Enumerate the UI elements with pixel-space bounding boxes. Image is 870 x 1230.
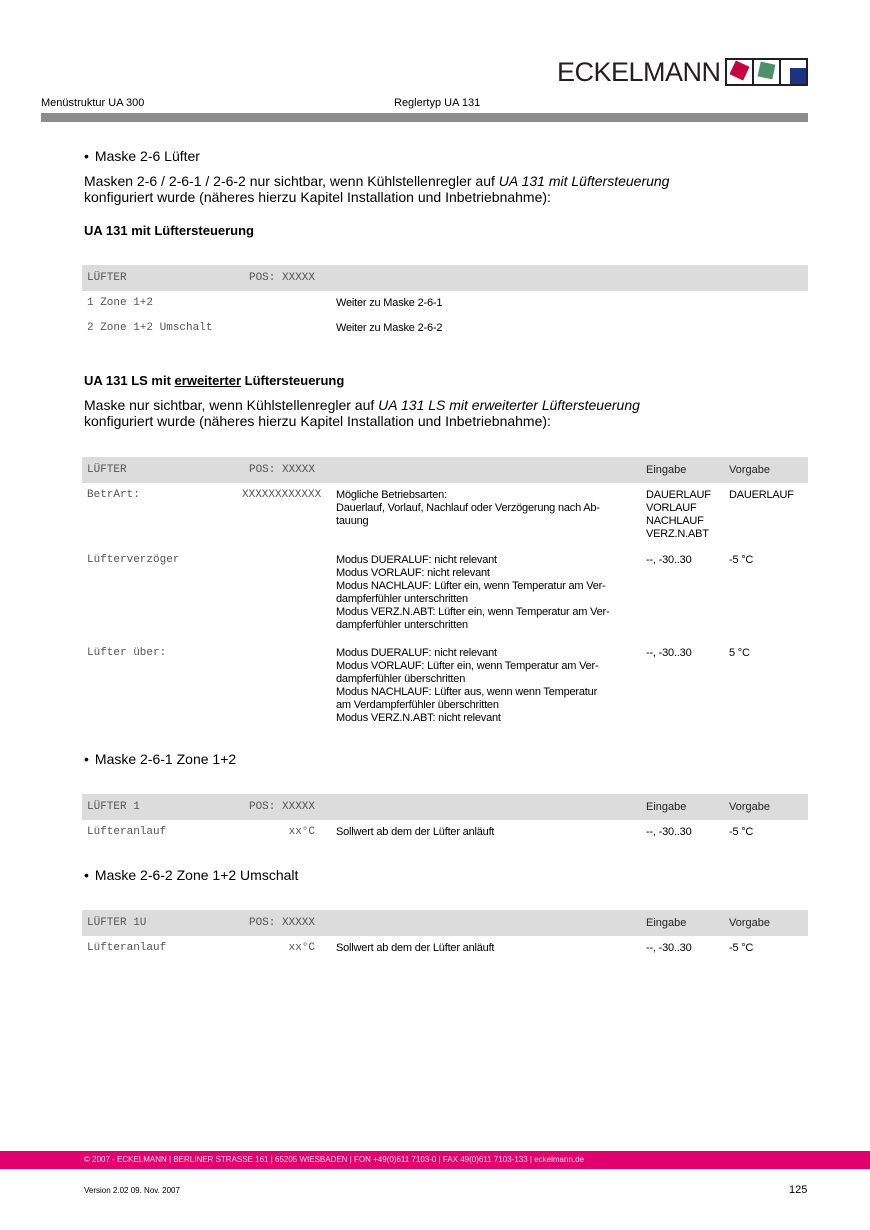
row-vorgabe: -5 °C [729,826,808,839]
mask-title: LÜFTER [87,272,127,284]
ext-text-a: Maske nur sichtbar, wenn Kühlstellenregl… [84,397,378,413]
bullet-mask-2-6: Maske 2-6 Lüfter [84,148,200,164]
table-row[interactable]: Lüfter über:Modus DUERALUF: nicht releva… [82,641,808,736]
page-number: 125 [789,1184,807,1196]
row-description-line: Modus VERZ.N.ABT: nicht relevant [336,712,636,725]
row-description-line: Modus DUERALUF: nicht relevant [336,554,636,567]
row-eingabe: --, -30..30 [646,554,726,567]
table-mask-2-6-extended: LÜFTER POS: XXXXX Eingabe Vorgabe BetrAr… [82,457,808,736]
row-eingabe-line: VORLAUF [646,502,726,515]
row-eingabe-line: NACHLAUF [646,515,726,528]
row-eingabe-line: DAUERLAUF [646,489,726,502]
row-label: Lüfteranlauf [87,826,166,838]
row-label: BetrArt: [87,489,140,501]
row-description-line: Modus NACHLAUF: Lüfter ein, wenn Tempera… [336,580,636,593]
row-vorgabe: -5 °C [729,554,808,567]
table-header: LÜFTER 1 POS: XXXXX Eingabe Vorgabe [82,794,808,820]
mask-title: LÜFTER [87,464,127,476]
subheading-underlined: erweiterter [175,373,241,388]
table-row[interactable]: Lüfteranlauf xx°C Sollwert ab dem der Lü… [82,936,808,962]
row-eingabe: DAUERLAUFVORLAUFNACHLAUFVERZ.N.ABT [646,489,726,541]
mask-position: POS: XXXXX [242,464,315,476]
table-header: LÜFTER POS: XXXXX [82,265,808,291]
row-description: Modus DUERALUF: nicht relevantModus VORL… [336,554,636,632]
row-description: Weiter zu Maske 2-6-1 [336,297,636,310]
table-row[interactable]: 1 Zone 1+2 Weiter zu Maske 2-6-1 [82,291,808,316]
intro-paragraph: Masken 2-6 / 2-6-1 / 2-6-2 nur sichtbar,… [84,173,784,205]
row-description: Modus DUERALUF: nicht relevantModus VORL… [336,647,636,725]
row-description-line: tauung [336,515,636,528]
row-eingabe: --, -30..30 [646,826,726,839]
row-eingabe-line: --, -30..30 [646,647,726,660]
row-value: xx°C [242,826,315,838]
row-description-line: Mögliche Betriebsarten: [336,489,636,502]
column-eingabe: Eingabe [646,464,726,476]
mask-title: LÜFTER 1U [87,917,146,929]
row-description: Mögliche Betriebsarten:Dauerlauf, Vorlau… [336,489,636,528]
column-eingabe: Eingabe [646,917,726,929]
column-vorgabe: Vorgabe [729,464,808,476]
row-value: XXXXXXXXXXXX [242,489,315,501]
blue-square-icon [790,68,806,84]
company-logo-text: ECKELMANN [557,57,721,87]
subheading-text-b: Lüftersteuerung [241,373,344,388]
subheading-fan-control: UA 131 mit Lüftersteuerung [84,223,254,238]
row-vorgabe: DAUERLAUF [729,489,808,502]
table-mask-2-6: LÜFTER POS: XXXXX 1 Zone 1+2 Weiter zu M… [82,265,808,341]
row-vorgabe: 5 °C [729,647,808,660]
table-header: LÜFTER 1U POS: XXXXX Eingabe Vorgabe [82,910,808,936]
ext-text-emphasis: UA 131 LS mit erweiterter Lüftersteuerun… [378,397,640,413]
row-label: Lüfteranlauf [87,942,166,954]
ext-text-b: konfiguriert wurde (näheres hierzu Kapit… [84,413,551,429]
row-description-line: dampferfühler unterschritten [336,593,636,606]
footer-company-info: © 2007 - ECKELMANN | BERLINER STRASSE 16… [84,1155,584,1164]
table-row[interactable]: 2 Zone 1+2 Umschalt Weiter zu Maske 2-6-… [82,316,808,341]
mask-position: POS: XXXXX [242,801,315,813]
row-description-line: Modus VERZ.N.ABT: Lüfter ein, wenn Tempe… [336,606,636,619]
row-eingabe: --, -30..30 [646,942,726,955]
intro-text-emphasis: UA 131 mit Lüftersteuerung [499,173,670,189]
row-description-line: Modus VORLAUF: Lüfter ein, wenn Temperat… [336,660,636,673]
row-description-line: Modus DUERALUF: nicht relevant [336,647,636,660]
bullet-mask-2-6-1: Maske 2-6-1 Zone 1+2 [84,751,236,767]
row-eingabe: --, -30..30 [646,647,726,660]
row-description-line: Dauerlauf, Vorlauf, Nachlauf oder Verzög… [336,502,636,515]
intro-text-a: Masken 2-6 / 2-6-1 / 2-6-2 nur sichtbar,… [84,173,499,189]
row-description-line: Modus VORLAUF: nicht relevant [336,567,636,580]
red-square-icon [730,61,750,81]
header-divider [41,113,808,122]
row-label: Lüfter über: [87,647,166,659]
row-description: Sollwert ab dem der Lüfter anläuft [336,826,636,839]
extended-paragraph: Maske nur sichtbar, wenn Kühlstellenregl… [84,397,784,429]
mask-position: POS: XXXXX [242,917,315,929]
table-row[interactable]: Lüfteranlauf xx°C Sollwert ab dem der Lü… [82,820,808,846]
row-description-line: dampferfühler überschritten [336,673,636,686]
mask-position: POS: XXXXX [242,272,315,284]
header-document-title: Menüstruktur UA 300 [41,97,144,109]
column-eingabe: Eingabe [646,801,726,813]
bullet-mask-2-6-2: Maske 2-6-2 Zone 1+2 Umschalt [84,867,298,883]
row-eingabe-line: VERZ.N.ABT [646,528,726,541]
row-label: 2 Zone 1+2 Umschalt [87,322,212,334]
row-eingabe-line: --, -30..30 [646,554,726,567]
version-info: Version 2.02 09. Nov. 2007 [84,1186,180,1195]
table-mask-2-6-2: LÜFTER 1U POS: XXXXX Eingabe Vorgabe Lüf… [82,910,808,962]
row-label: 1 Zone 1+2 [87,297,153,309]
row-description: Sollwert ab dem der Lüfter anläuft [336,942,636,955]
row-description-line: dampferfühler unterschritten [336,619,636,632]
table-mask-2-6-1: LÜFTER 1 POS: XXXXX Eingabe Vorgabe Lüft… [82,794,808,846]
subheading-extended-fan-control: UA 131 LS mit erweiterter Lüftersteuerun… [84,373,344,388]
column-vorgabe: Vorgabe [729,801,808,813]
table-row[interactable]: BetrArt:XXXXXXXXXXXXMögliche Betriebsart… [82,483,808,548]
row-value: xx°C [242,942,315,954]
column-vorgabe: Vorgabe [729,917,808,929]
table-row[interactable]: LüfterverzögerModus DUERALUF: nicht rele… [82,548,808,641]
row-label: Lüfterverzöger [87,554,179,566]
table-header: LÜFTER POS: XXXXX Eingabe Vorgabe [82,457,808,483]
row-description-line: Modus NACHLAUF: Lüfter aus, wenn wenn Te… [336,686,636,699]
row-description-line: am Verdampferfühler überschritten [336,699,636,712]
mask-title: LÜFTER 1 [87,801,140,813]
row-vorgabe: -5 °C [729,942,808,955]
green-square-icon [758,62,776,80]
header-controller-type: Reglertyp UA 131 [394,97,480,109]
intro-text-b: konfiguriert wurde (näheres hierzu Kapit… [84,189,551,205]
company-logo-icon [725,58,808,86]
row-description: Weiter zu Maske 2-6-2 [336,322,636,335]
subheading-text-a: UA 131 LS mit [84,373,175,388]
